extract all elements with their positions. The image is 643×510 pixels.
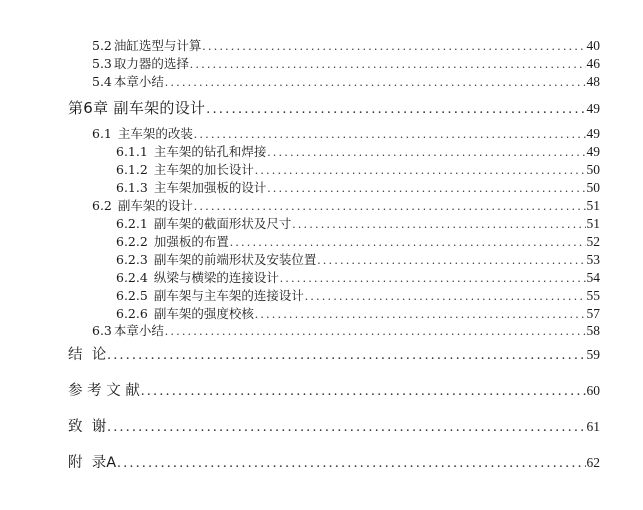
toc-entry-number: 6.2.4 — [116, 270, 148, 285]
toc-entry-number: 6.2.1 — [116, 216, 148, 231]
dot-leader — [267, 180, 585, 196]
dot-leader — [190, 56, 586, 72]
toc-entry-6-1-3[interactable]: 6.1.3主车架加强板的设计 50 — [116, 180, 600, 196]
toc-entry-title: 结 论 — [68, 347, 106, 363]
dot-leader — [267, 144, 585, 160]
toc-entry-conclusion[interactable]: 结 论 59 — [68, 347, 600, 363]
toc-entry-6-1[interactable]: 6.1 主车架的改装 49 — [92, 126, 600, 142]
toc-entry-number: 6.1.2 — [116, 162, 148, 177]
toc-entry-6-1-2[interactable]: 6.1.2主车架的加长设计 50 — [116, 162, 600, 178]
toc-entry-number: 6.1 — [92, 126, 112, 141]
toc-entry-page: 51 — [587, 216, 601, 232]
dot-leader — [194, 126, 586, 142]
toc-entry-page: 60 — [587, 383, 601, 399]
table-of-contents: 5.2油缸选型与计算 40 5.3取力器的选择 46 5.4本章小结 48 第6… — [0, 0, 643, 510]
toc-entry-page: 50 — [587, 162, 601, 178]
toc-entry-6-2-1[interactable]: 6.2.1副车架的截面形状及尺寸 51 — [116, 216, 600, 232]
toc-entry-6-2[interactable]: 6.2 副车架的设计 51 — [92, 198, 600, 214]
dot-leader — [165, 74, 586, 90]
toc-entry-page: 57 — [587, 306, 601, 322]
dot-leader — [255, 162, 586, 178]
toc-entry-page: 59 — [587, 347, 601, 363]
toc-entry-title: 副车架与主车架的连接设计 — [154, 288, 304, 303]
toc-entry-page: 48 — [587, 74, 601, 90]
toc-entry-6-2-6[interactable]: 6.2.6副车架的强度校核 57 — [116, 306, 600, 322]
toc-entry-title: 加强板的布置 — [154, 234, 229, 249]
toc-entry-number: 5.4 — [92, 74, 112, 89]
dot-leader — [165, 323, 586, 339]
toc-entry-page: 54 — [587, 270, 601, 286]
toc-entry-number: 6.2.2 — [116, 234, 148, 249]
toc-entry-title: 主车架加强板的设计 — [154, 180, 267, 195]
toc-entry-page: 58 — [587, 323, 601, 339]
toc-chapter-title: 副车架的设计 — [114, 99, 206, 117]
toc-entry-title: 油缸选型与计算 — [114, 38, 202, 53]
toc-entry-page: 53 — [587, 252, 601, 268]
toc-entry-6-2-5[interactable]: 6.2.5副车架与主车架的连接设计 55 — [116, 288, 600, 304]
dot-leader — [141, 383, 586, 399]
toc-entry-acknowledgements[interactable]: 致 谢 61 — [68, 419, 600, 435]
dot-leader — [117, 455, 585, 471]
toc-entry-title: 主车架的钻孔和焊接 — [154, 144, 267, 159]
toc-entry-number: 6.1.3 — [116, 180, 148, 195]
toc-entry-page: 62 — [587, 455, 601, 471]
toc-entry-6-3[interactable]: 6.3本章小结 58 — [92, 323, 600, 339]
toc-entry-title: 副车架的设计 — [118, 198, 193, 213]
toc-entry-title: 副车架的截面形状及尺寸 — [154, 216, 292, 231]
toc-entry-title: 参 考 文 献 — [68, 383, 140, 399]
toc-entry-page: 49 — [587, 101, 601, 117]
toc-entry-number: 6.1.1 — [116, 144, 148, 159]
toc-entry-number: 6.2 — [92, 198, 112, 213]
toc-entry-6-2-3[interactable]: 6.2.3副车架的前端形状及安装位置 53 — [116, 252, 600, 268]
toc-entry-page: 51 — [587, 198, 601, 214]
dot-leader — [280, 270, 586, 286]
toc-entry-title: 本章小结 — [114, 74, 164, 89]
toc-entry-6-1-1[interactable]: 6.1.1主车架的钻孔和焊接 49 — [116, 144, 600, 160]
toc-entry-number: 5.3 — [92, 56, 112, 71]
dot-leader — [305, 288, 586, 304]
toc-entry-title: 主车架的加长设计 — [154, 162, 254, 177]
toc-entry-page: 50 — [587, 180, 601, 196]
toc-entry-appendix-a[interactable]: 附 录A 62 — [68, 455, 600, 471]
toc-entry-title: 附 录A — [68, 455, 116, 471]
toc-entry-title: 纵梁与横梁的连接设计 — [154, 270, 279, 285]
toc-entry-5-4[interactable]: 5.4本章小结 48 — [92, 74, 600, 90]
toc-entry-page: 49 — [587, 126, 601, 142]
toc-entry-5-2[interactable]: 5.2油缸选型与计算 40 — [92, 38, 600, 54]
toc-entry-title: 致 谢 — [68, 419, 106, 435]
dot-leader — [255, 306, 586, 322]
toc-entry-page: 61 — [587, 419, 601, 435]
toc-entry-number: 6.2.6 — [116, 306, 148, 321]
toc-entry-page: 40 — [587, 38, 601, 54]
toc-entry-5-3[interactable]: 5.3取力器的选择 46 — [92, 56, 600, 72]
dot-leader — [206, 101, 585, 117]
dot-leader — [292, 216, 585, 232]
toc-entry-6-2-4[interactable]: 6.2.4纵梁与横梁的连接设计 54 — [116, 270, 600, 286]
dot-leader — [194, 198, 586, 214]
toc-entry-title: 副车架的强度校核 — [154, 306, 254, 321]
dot-leader — [317, 252, 585, 268]
dot-leader — [230, 234, 586, 250]
toc-chapter-number: 第6章 — [68, 99, 108, 117]
toc-entry-page: 52 — [587, 234, 601, 250]
toc-entry-title: 主车架的改装 — [118, 126, 193, 141]
toc-entry-title: 副车架的前端形状及安装位置 — [154, 252, 317, 267]
toc-entry-title: 取力器的选择 — [114, 56, 189, 71]
toc-entry-number: 6.3 — [92, 323, 112, 338]
toc-entry-number: 5.2 — [92, 38, 112, 53]
toc-entry-page: 55 — [587, 288, 601, 304]
toc-entry-page: 49 — [587, 144, 601, 160]
dot-leader — [202, 38, 585, 54]
toc-entry-number: 6.2.3 — [116, 252, 148, 267]
toc-entry-number: 6.2.5 — [116, 288, 148, 303]
toc-entry-page: 46 — [587, 56, 601, 72]
toc-entry-title: 本章小结 — [114, 323, 164, 338]
dot-leader — [107, 419, 585, 435]
toc-entry-6-2-2[interactable]: 6.2.2加强板的布置 52 — [116, 234, 600, 250]
dot-leader — [107, 347, 585, 363]
toc-entry-chapter-6[interactable]: 第6章 副车架的设计 49 — [68, 100, 600, 117]
toc-entry-references[interactable]: 参 考 文 献 60 — [68, 383, 600, 399]
